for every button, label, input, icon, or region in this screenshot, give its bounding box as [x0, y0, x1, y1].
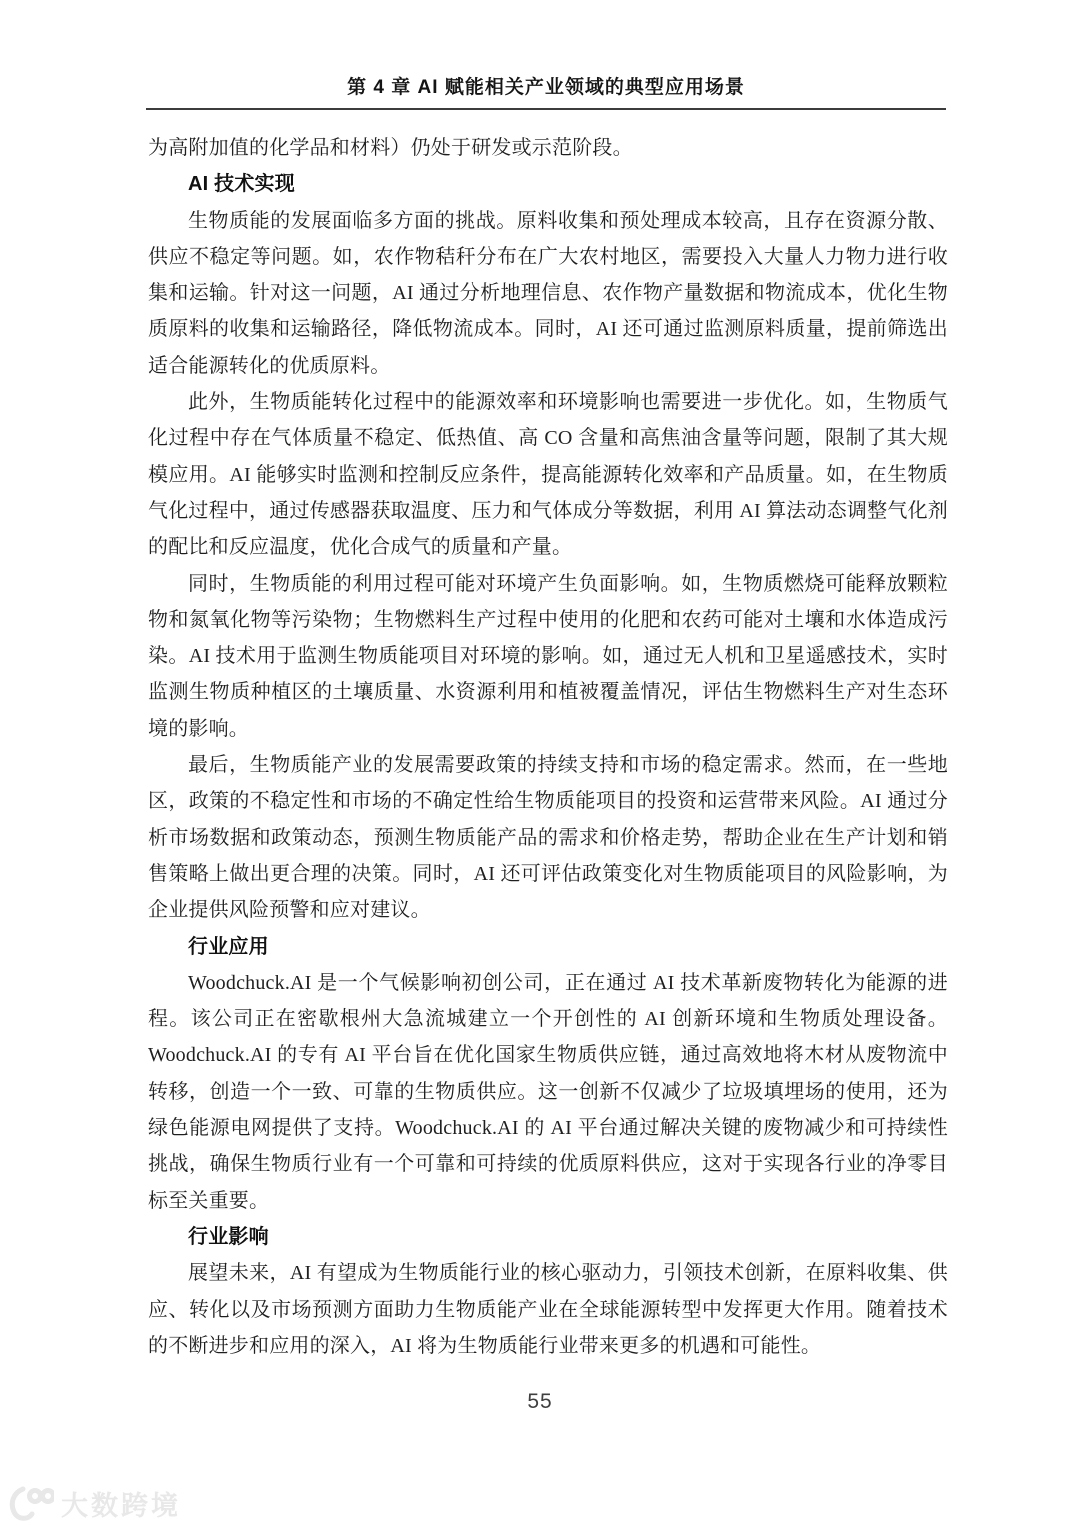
section-heading-industry-impact: 行业影响 [148, 1219, 948, 1255]
watermark-logo-icon [8, 1486, 54, 1522]
watermark-brand: 大数跨境 [61, 1484, 181, 1523]
document-page: 第 4 章 AI 赋能相关产业领域的典型应用场景 为高附加值的化学品和材料）仍处… [0, 0, 1080, 1527]
body-paragraph: Woodchuck.AI 是一个气候影响初创公司，正在通过 AI 技术革新废物转… [148, 965, 948, 1219]
watermark: 大数跨境 [8, 1484, 181, 1523]
page-footer: 55 [0, 1390, 1080, 1414]
page-body: 为高附加值的化学品和材料）仍处于研发或示范阶段。 AI 技术实现 生物质能的发展… [148, 130, 948, 1364]
chapter-header-title: 第 4 章 AI 赋能相关产业领域的典型应用场景 [146, 72, 946, 99]
body-paragraph: 同时，生物质能的利用过程可能对环境产生负面影响。如，生物质燃烧可能释放颗粒物和氮… [148, 566, 948, 747]
page-header: 第 4 章 AI 赋能相关产业领域的典型应用场景 [146, 72, 946, 110]
body-paragraph: 展望未来，AI 有望成为生物质能行业的核心驱动力，引领技术创新，在原料收集、供应… [148, 1255, 948, 1364]
body-paragraph: 此外，生物质能转化过程中的能源效率和环境影响也需要进一步优化。如，生物质气化过程… [148, 384, 948, 565]
section-heading-ai-implementation: AI 技术实现 [148, 166, 948, 202]
body-paragraph: 生物质能的发展面临多方面的挑战。原料收集和预处理成本较高，且存在资源分散、供应不… [148, 203, 948, 384]
body-paragraph-continuation: 为高附加值的化学品和材料）仍处于研发或示范阶段。 [148, 130, 948, 166]
section-heading-industry-application: 行业应用 [148, 929, 948, 965]
body-paragraph: 最后，生物质能产业的发展需要政策的持续支持和市场的稳定需求。然而，在一些地区，政… [148, 747, 948, 928]
page-number: 55 [527, 1390, 552, 1413]
